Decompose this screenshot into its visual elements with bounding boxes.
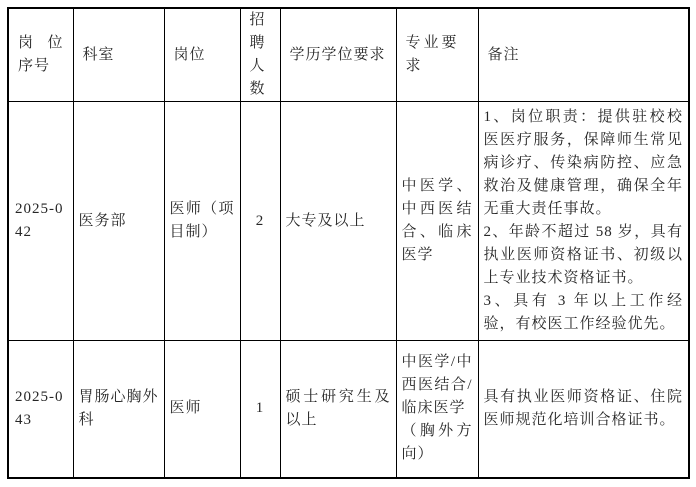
cell-department: 胃肠心胸外科: [73, 341, 164, 478]
table-row-2025-042: 2025-042 医务部 医师（项目制） 2 大专及以上 中医学、中西医结合、临…: [8, 102, 689, 341]
header-department: 科室: [73, 8, 164, 102]
cell-job-id: 2025-043: [8, 341, 73, 478]
recruitment-table: 岗位序号 科室 岗位 招聘人数 学历学位要求 专业要求 备注 2025-042 …: [7, 7, 690, 479]
header-position: 岗位: [164, 8, 240, 102]
header-education: 学历学位要求: [280, 8, 396, 102]
cell-education: 大专及以上: [280, 102, 396, 341]
cell-education: 硕士研究生及以上: [280, 341, 396, 478]
notes-paragraph: 3、具有 3 年以上工作经验，有校医工作经验优先。: [484, 290, 684, 336]
table-row-2025-043: 2025-043 胃肠心胸外科 医师 1 硕士研究生及以上 中医学/中西医结合/…: [8, 341, 689, 478]
notes-paragraph: 1、岗位职责：提供驻校校医医疗服务，保障师生常见病诊疗、传染病防控、应急救治及健…: [484, 106, 684, 221]
cell-headcount: 1: [240, 341, 280, 478]
header-notes: 备注: [478, 8, 689, 102]
cell-major: 中医学、中西医结合、临床医学: [396, 102, 478, 341]
cell-job-id: 2025-042: [8, 102, 73, 341]
page: 岗位序号 科室 岗位 招聘人数 学历学位要求 专业要求 备注 2025-042 …: [0, 0, 696, 486]
cell-notes: 具有执业医师资格证、住院医师规范化培训合格证书。: [478, 341, 689, 478]
cell-notes: 1、岗位职责：提供驻校校医医疗服务，保障师生常见病诊疗、传染病防控、应急救治及健…: [478, 102, 689, 341]
cell-position: 医师: [164, 341, 240, 478]
header-headcount: 招聘人数: [240, 8, 280, 102]
notes-paragraph: 2、年龄不超过 58 岁，具有执业医师资格证书、初级以上专业技术资格证书。: [484, 221, 684, 290]
notes-paragraph: 具有执业医师资格证、住院医师规范化培训合格证书。: [484, 386, 684, 432]
cell-department: 医务部: [73, 102, 164, 341]
cell-major: 中医学/中西医结合/临床医学 （胸外方向）: [396, 341, 478, 478]
cell-position: 医师（项目制）: [164, 102, 240, 341]
table-header-row: 岗位序号 科室 岗位 招聘人数 学历学位要求 专业要求 备注: [8, 8, 689, 102]
header-major: 专业要求: [396, 8, 478, 102]
cell-headcount: 2: [240, 102, 280, 341]
header-job-id: 岗位序号: [8, 8, 73, 102]
